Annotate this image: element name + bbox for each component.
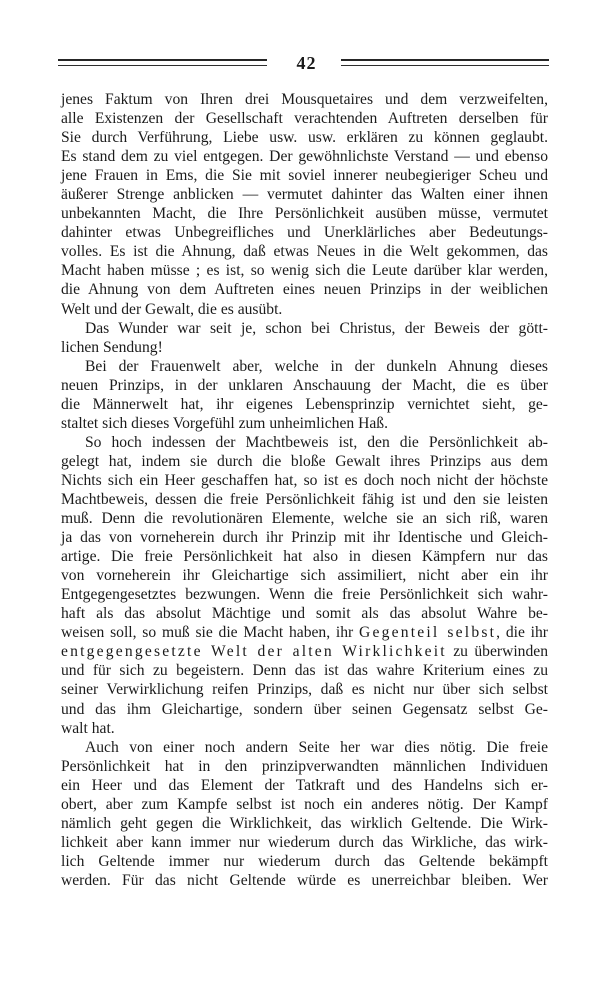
text-segment: dahinter etwas Unbegreifliches und Unerk… (61, 224, 548, 241)
text-line: obert, aber zum Kampfe selbst ist noch e… (61, 795, 548, 814)
text-segment: lichkeit aber kann immer nur wiederum du… (61, 834, 548, 851)
text-line: die Männerwelt hat, ihr eigenes Lebenspr… (61, 395, 548, 414)
text-line: jenes Faktum von Ihren drei Mousquetaire… (61, 90, 548, 109)
text-line: werden. Für das nicht Geltende würde es … (61, 871, 548, 890)
text-segment: Entgegengesetztes bezwungen. Wenn die fr… (61, 586, 548, 603)
text-line: die Ahnung von dem Auftreten eines neuen… (61, 280, 548, 299)
text-segment: jenes Faktum von Ihren drei Mousquetaire… (61, 91, 548, 108)
text-line: äußerer Strenge anblicken — vermutet dah… (61, 185, 548, 204)
text-line: von vorneherein ihr Gleichartige sich as… (61, 566, 548, 585)
paragraph: So hoch indessen der Machtbeweis ist, de… (61, 433, 548, 738)
text-line: und das ihm Gleichartige, sondern über s… (61, 700, 548, 719)
text-segment: äußerer Strenge anblicken — vermutet dah… (61, 186, 548, 203)
text-line: Macht haben müsse ; es ist, so wenig sic… (61, 261, 548, 280)
text-segment: Nichts sich ein Heer geschaffen hat, so … (61, 472, 548, 489)
text-line: unbekannten Macht, die Ihre Persönlichke… (61, 204, 548, 223)
text-line: entgegengesetzte Welt der alten Wirklich… (61, 642, 548, 661)
text-segment: neuen Prinzips, in der unklaren Anschauu… (61, 377, 548, 394)
text-line: So hoch indessen der Machtbeweis ist, de… (61, 433, 548, 452)
text-segment: unbekannten Macht, die Ihre Persönlichke… (61, 205, 548, 222)
text-segment: artige. Die freie Persönlichkeit hat als… (61, 548, 548, 565)
text-line: neuen Prinzips, in der unklaren Anschauu… (61, 376, 548, 395)
text-segment: muß. Denn die revolutionären Elemente, w… (61, 510, 548, 527)
text-segment: volles. Es ist die Ahnung, daß etwas Neu… (61, 243, 548, 260)
text-segment: Bei der Frauenwelt aber, welche in der d… (85, 358, 548, 375)
text-segment: walt hat. (61, 720, 115, 737)
text-line: Bei der Frauenwelt aber, welche in der d… (61, 357, 548, 376)
text-line: Das Wunder war seit je, schon bei Christ… (61, 319, 548, 338)
text-line: staltet sich dieses Vorgefühl zum unheim… (61, 414, 548, 433)
text-line: und für sich zu begeistern. Denn das ist… (61, 661, 548, 680)
header-rule-right (341, 59, 550, 66)
text-segment: , die ihr (496, 624, 548, 641)
text-segment: Machtbeweis, dessen die freie Persönlich… (61, 491, 548, 508)
text-segment: lichen Sendung! (61, 339, 163, 356)
text-segment: von vorneherein ihr Gleichartige sich as… (61, 567, 548, 584)
text-line: Auch von einer noch andern Seite her war… (61, 738, 548, 757)
text-segment: und für sich zu begeistern. Denn das ist… (61, 662, 548, 679)
text-segment: ein Heer und das Element der Tatkraft un… (61, 777, 548, 794)
text-line: alle Existenzen der Gesellschaft veracht… (61, 109, 548, 128)
text-line: Es stand dem zu viel entgegen. Der gewöh… (61, 147, 548, 166)
text-segment: die Ahnung von dem Auftreten eines neuen… (61, 281, 548, 298)
text-segment: haft als das absolut Mächtige und somit … (61, 605, 548, 622)
text-segment: alle Existenzen der Gesellschaft veracht… (61, 110, 548, 127)
text-segment: Persönlichkeit hat in den prinzipverwand… (61, 758, 548, 775)
text-line: nämlich geht gegen die Wirklichkeit, das… (61, 814, 548, 833)
text-line: dahinter etwas Unbegreifliches und Unerk… (61, 223, 548, 242)
text-segment: Sie durch Verführung, Liebe usw. usw. er… (61, 129, 548, 146)
emphasized-text: entgegengesetzte Welt der alten Wirklich… (61, 643, 447, 660)
text-line: seiner Verwirklichung reifen Prinzips, d… (61, 680, 548, 699)
paragraph: Auch von einer noch andern Seite her war… (61, 738, 548, 890)
text-line: Welt und der Gewalt, die es ausübt. (61, 300, 548, 319)
text-segment: jene Frauen in Ems, die Sie mit soviel i… (61, 167, 548, 184)
text-line: ein Heer und das Element der Tatkraft un… (61, 776, 548, 795)
text-line: ja das von vorneherein durch ihr Prinzip… (61, 528, 548, 547)
text-line: Sie durch Verführung, Liebe usw. usw. er… (61, 128, 548, 147)
text-line: Entgegengesetztes bezwungen. Wenn die fr… (61, 585, 548, 604)
text-segment: staltet sich dieses Vorgefühl zum unheim… (61, 415, 388, 432)
text-segment: und das ihm Gleichartige, sondern über s… (61, 701, 548, 718)
page-body: jenes Faktum von Ihren drei Mousquetaire… (61, 90, 548, 890)
text-line: volles. Es ist die Ahnung, daß etwas Neu… (61, 242, 548, 261)
page-number: 42 (267, 53, 341, 74)
header-rule-left (58, 59, 267, 66)
text-segment: obert, aber zum Kampfe selbst ist noch e… (61, 796, 548, 813)
emphasized-text: Gegenteil selbst (359, 624, 496, 641)
text-line: Machtbeweis, dessen die freie Persönlich… (61, 490, 548, 509)
text-line: Nichts sich ein Heer geschaffen hat, so … (61, 471, 548, 490)
text-line: weisen soll, so muß sie die Macht haben,… (61, 623, 548, 642)
paragraph: jenes Faktum von Ihren drei Mousquetaire… (61, 90, 548, 319)
text-line: jene Frauen in Ems, die Sie mit soviel i… (61, 166, 548, 185)
text-segment: Das Wunder war seit je, schon bei Christ… (85, 320, 548, 337)
text-line: haft als das absolut Mächtige und somit … (61, 604, 548, 623)
text-segment: Welt und der Gewalt, die es ausübt. (61, 301, 282, 318)
text-segment: seiner Verwirklichung reifen Prinzips, d… (61, 681, 548, 698)
paragraph: Bei der Frauenwelt aber, welche in der d… (61, 357, 548, 433)
text-segment: Es stand dem zu viel entgegen. Der gewöh… (61, 148, 548, 165)
text-segment: nämlich geht gegen die Wirklichkeit, das… (61, 815, 548, 832)
text-segment: lich Geltende immer nur wiederum durch d… (61, 853, 548, 870)
text-segment: werden. Für das nicht Geltende würde es … (61, 872, 548, 889)
text-line: lichkeit aber kann immer nur wiederum du… (61, 833, 548, 852)
text-segment: weisen soll, so muß sie die Macht haben,… (61, 624, 359, 641)
text-segment: Auch von einer noch andern Seite her war… (85, 739, 548, 756)
text-segment: zu überwinden (447, 643, 548, 660)
text-segment: gelegt hat, indem sie durch die bloße Ge… (61, 453, 548, 470)
text-line: lich Geltende immer nur wiederum durch d… (61, 852, 548, 871)
text-line: muß. Denn die revolutionären Elemente, w… (61, 509, 548, 528)
paragraph: Das Wunder war seit je, schon bei Christ… (61, 319, 548, 357)
text-line: artige. Die freie Persönlichkeit hat als… (61, 547, 548, 566)
text-line: lichen Sendung! (61, 338, 548, 357)
page-header: 42 (58, 52, 549, 73)
text-segment: die Männerwelt hat, ihr eigenes Lebenspr… (61, 396, 548, 413)
text-segment: ja das von vorneherein durch ihr Prinzip… (61, 529, 548, 546)
text-segment: Macht haben müsse ; es ist, so wenig sic… (61, 262, 548, 279)
text-line: Persönlichkeit hat in den prinzipverwand… (61, 757, 548, 776)
text-line: walt hat. (61, 719, 548, 738)
text-segment: So hoch indessen der Machtbeweis ist, de… (85, 434, 548, 451)
text-line: gelegt hat, indem sie durch die bloße Ge… (61, 452, 548, 471)
